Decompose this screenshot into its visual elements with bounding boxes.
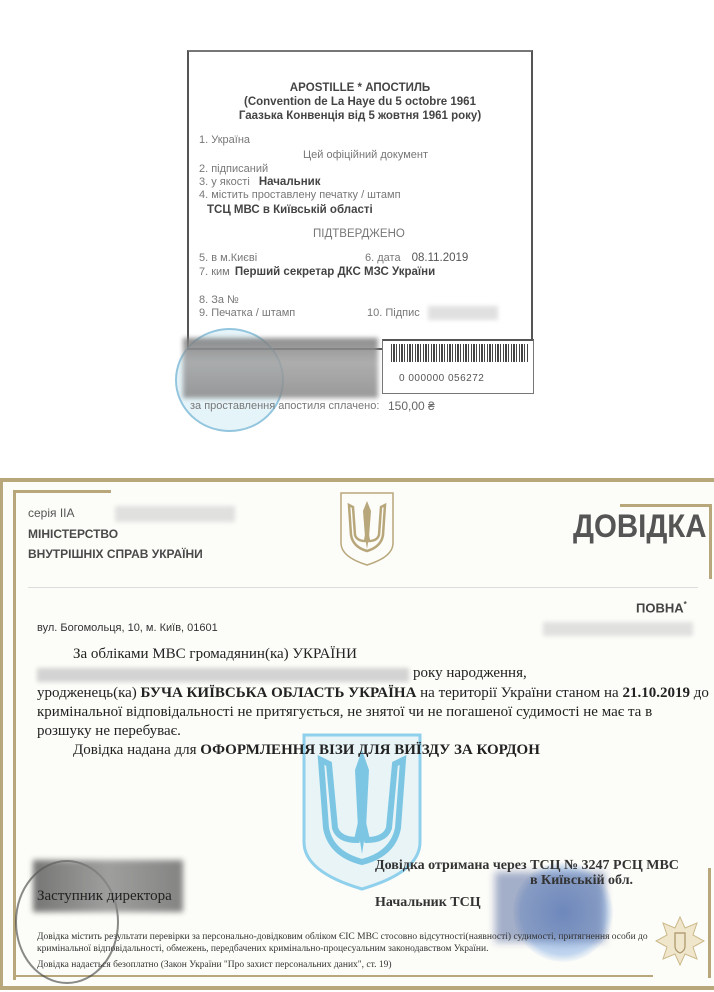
item-3-label: 3. у якості [199,176,250,188]
convention-ua: Гаазька Конвенція від 5 жовтня 1961 року… [189,110,531,122]
received-line-2: в Київській обл. [530,873,633,889]
type-mark: * [684,600,687,609]
birth-place: БУЧА КИЇВСЬКА ОБЛАСТЬ УКРАЇНА [141,685,417,701]
redacted-seal-area [183,338,378,398]
gold-frame-right [709,504,712,579]
ministry-line-1: МІНІСТЕРСТВО [28,527,118,541]
item-4: 4. містить проставлену печатку / штамп [199,189,401,201]
item-3: 3. у якості Начальник [199,176,320,188]
official-document: Цей офіційний документ [303,149,428,161]
footer-note-2: кримінальної відповідальності, обмежень,… [37,944,488,954]
confirmed-label: ПІДТВЕРДЖЕНО [313,228,405,240]
body-line-1: За обліками МВС громадянин(ка) УКРАЇНИ [73,646,357,663]
line1-prefix: За обліками МВС громадянин(ка) [73,646,289,662]
gold-frame-top-right [620,504,710,507]
body-line-5: розшуку не перебуває. [37,723,181,740]
star-badge-icon [655,916,705,966]
ministry-line-2: ВНУТРІШНІХ СПРАВ УКРАЇНИ [28,547,203,561]
criminal-record-certificate: серія IIA МІНІСТЕРСТВО ВНУТРІШНІХ СПРАВ … [0,478,714,990]
purpose-prefix: Довідка надана для [73,742,197,758]
item-6-value: 08.11.2019 [412,252,469,264]
item-7-label: 7. ким [199,266,230,278]
convention-fr: (Convention de La Haye du 5 octobre 1961 [189,96,531,108]
footer-note-3: Довідка надається безоплатно (Закон Укра… [37,960,392,970]
purpose-line: Довідка надана для ОФОРМЛЕННЯ ВІЗИ ДЛЯ В… [73,742,540,759]
item-7: 7. ким Перший секретар ДКС МЗС України [199,266,435,278]
paid-label: за проставлення апостиля сплачено: [190,400,379,412]
redacted-signature [428,306,498,320]
received-line-1: Довідка отримана через ТСЦ № 3247 РСЦ МВ… [375,858,679,874]
item-1: 1. Україна [199,134,250,146]
gold-frame-bottom [13,975,653,977]
redacted-number [543,622,693,636]
item-5: 5. в м.Києві [199,252,257,264]
divider [28,587,698,588]
trident-icon [339,491,395,567]
series-label: серія IIA [28,506,75,520]
apostille-stamp: APOSTILLE * АПОСТИЛЬ (Convention de La H… [187,50,533,350]
gold-frame-top-left [13,490,111,493]
certificate-type-value: ПОВНА [636,600,684,615]
item-3-value: Начальник [259,176,321,188]
body-line-3: уродженець(ка) БУЧА КИЇВСЬКА ОБЛАСТЬ УКР… [37,685,709,702]
born-prefix: уродженець(ка) [37,685,137,701]
ministry-address: вул. Богомольця, 10, м. Київ, 01601 [37,622,218,634]
barcode-icon [391,344,529,362]
head-label: Начальник ТСЦ [375,895,481,911]
check-date: 21.10.2019 [622,685,690,701]
item-4-value: ТСЦ МВС в Київській області [207,204,373,216]
apostille-seal [175,318,383,438]
item-7-value: Перший секретар ДКС МЗС України [235,266,435,278]
body-line-4: кримінальної відповідальності не притягу… [37,704,652,721]
deputy-label: Заступник директора [37,888,172,905]
line3-mid: на території України станом на [420,685,619,701]
redacted-name [37,668,409,682]
item-6-label: 6. дата [365,252,401,264]
apostille-title: APOSTILLE * АПОСТИЛЬ [189,82,531,94]
barcode-panel: 0 000000 056272 [382,339,534,394]
item-2: 2. підписаний [199,163,268,175]
line3-end: до [694,685,709,701]
paid-amount: 150,00 ₴ [388,399,435,413]
barcode-number: 0 000000 056272 [399,373,484,384]
certificate-type: ПОВНА* [636,600,687,615]
document-title: ДОВІДКА [573,508,707,545]
purpose-value: ОФОРМЛЕННЯ ВІЗИ ДЛЯ ВИЇЗДУ ЗА КОРДОН [200,742,540,758]
citizenship-country: УКРАЇНИ [292,646,357,662]
footer-note-1: Довідка містить результати перевірки за … [37,932,648,942]
redacted-series-number [115,506,235,522]
gold-frame-right-bottom [708,868,711,978]
item-6: 6. дата 08.11.2019 [365,252,468,264]
birth-year-suffix: року народження, [413,665,527,682]
item-8: 8. За № [199,294,239,306]
